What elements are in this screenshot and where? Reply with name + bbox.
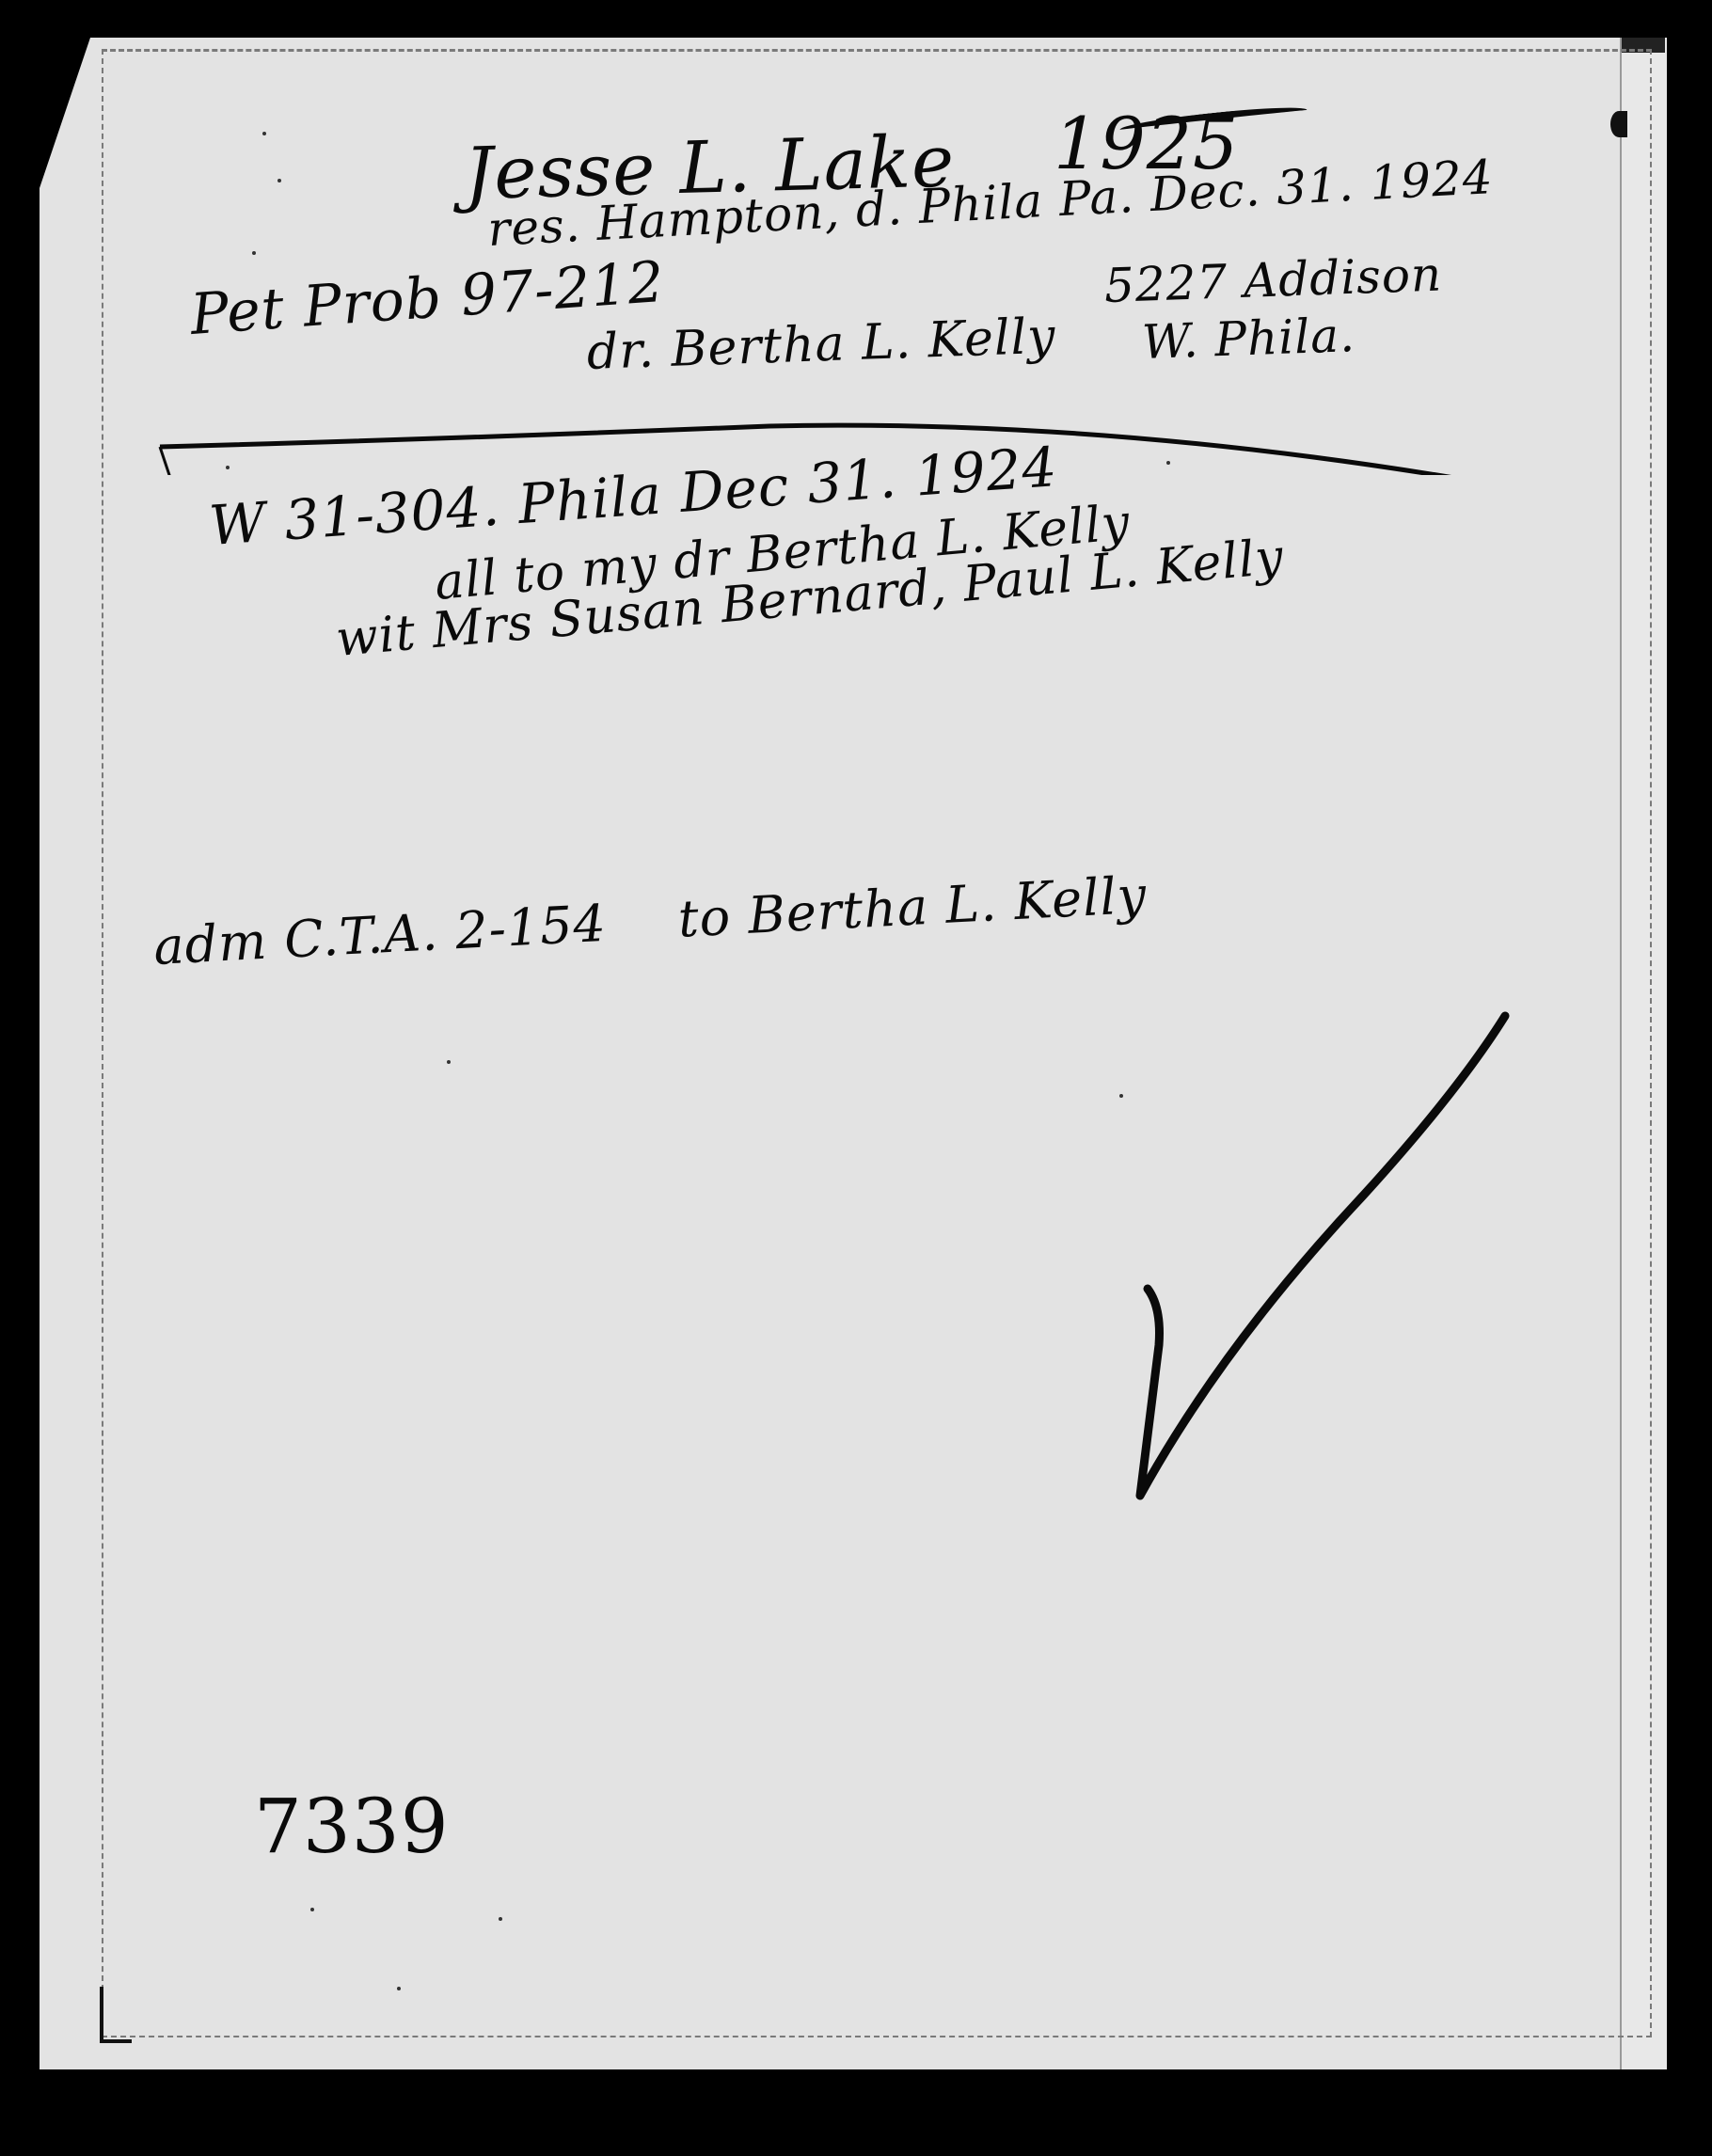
- paper-speck: [1119, 1094, 1123, 1098]
- document-number: 7339: [254, 1783, 450, 1870]
- paper-speck: [397, 1987, 401, 1990]
- frame-corner: [100, 1987, 132, 2043]
- paper-speck: [1166, 461, 1170, 465]
- paper-speck: [499, 1917, 502, 1921]
- paper-top-shadow: [1622, 38, 1665, 53]
- paper-speck: [252, 251, 256, 255]
- paper-speck: [226, 466, 230, 469]
- paper-speck: [310, 1908, 314, 1911]
- address-line-2: W. Phila.: [1141, 308, 1356, 370]
- paper-speck: [262, 132, 266, 135]
- binding-tab-mark: [1610, 111, 1627, 137]
- paper-speck: [447, 1060, 451, 1064]
- paper-speck: [277, 179, 281, 182]
- check-mark-icon: [1082, 988, 1552, 1514]
- paper-right-edge: [1620, 38, 1667, 2069]
